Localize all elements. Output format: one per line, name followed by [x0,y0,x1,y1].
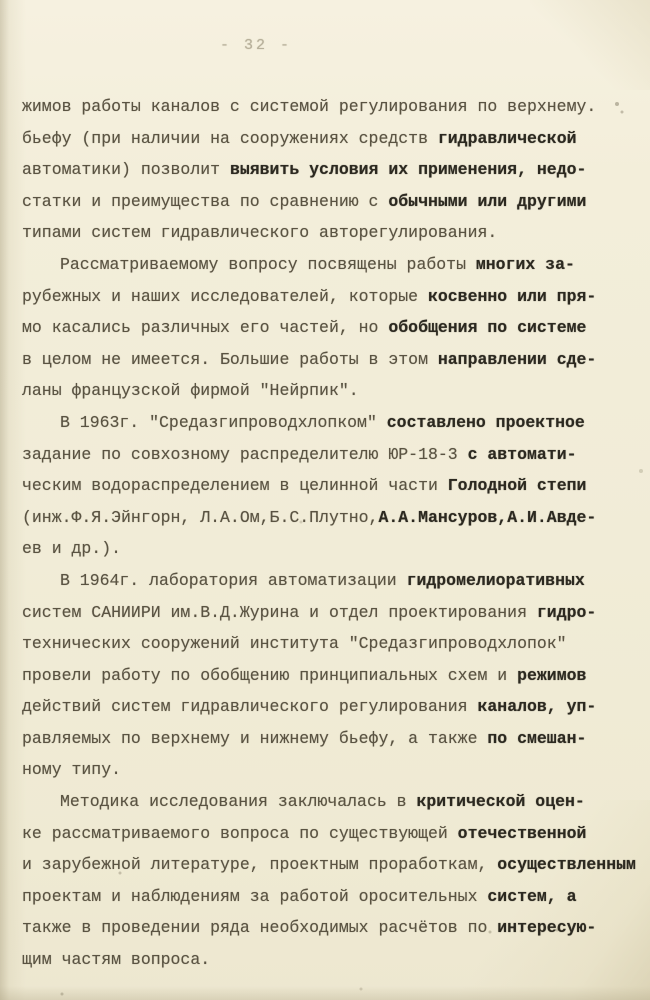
text-line: действий систем гидравлического регулиро… [22,691,636,723]
text-line: (инж.Ф.Я.Эйнгорн, Л.А.Ом,Б.С.Плутно,А.А.… [22,502,636,534]
text-segment-normal: бьефу (при наличии на сооружениях средст… [22,129,438,148]
text-line: Рассматриваемому вопросу посвящены работ… [22,249,636,281]
text-segment-normal: Методика исследования заключалась в [60,792,416,811]
text-segment-bold: по смешан- [487,729,586,748]
text-segment-normal: действий систем гидравлического регулиро… [22,697,477,716]
text-segment-bold: А.А.Мансуров,А.И.Авде- [378,508,596,527]
text-segment-normal: В 1963г. "Средазгипроводхлопком" [60,413,387,432]
text-segment-normal: ческим водораспределением в целинной час… [22,476,448,495]
text-segment-normal: систем САНИИРИ им.В.Д.Журина и отдел про… [22,603,537,622]
text-segment-bold: многих за- [476,255,575,274]
text-segment-normal: щим частям вопроса. [22,950,210,969]
scan-specks [0,0,2,2]
text-segment-normal: также в проведении ряда необходимых расч… [22,918,497,937]
text-segment-normal: (инж.Ф.Я.Эйнгорн, Л.А.Ом,Б.С.Плутно, [22,508,378,527]
text-line: ев и др.). [22,533,636,565]
text-segment-normal: автоматики) позволит [22,160,230,179]
text-segment-normal: ев и др.). [22,539,121,558]
scan-shadow-bottom [0,986,650,1000]
text-segment-normal: статки и преимущества по сравнению с [22,192,388,211]
text-segment-bold: критической оцен- [416,792,584,811]
text-line: систем САНИИРИ им.В.Д.Журина и отдел про… [22,597,636,629]
text-segment-normal: и зарубежной литературе, проектным прора… [22,855,497,874]
text-segment-normal: задание по совхозному распределителю ЮР-… [22,445,468,464]
text-line: Методика исследования заключалась в крит… [22,786,636,818]
text-line: бьефу (при наличии на сооружениях средст… [22,123,636,155]
text-line: щим частям вопроса. [22,944,636,976]
text-line: проектам и наблюдениям за работой оросит… [22,881,636,913]
text-segment-bold: обобщения по системе [388,318,586,337]
text-segment-normal: ке рассматриваемого вопроса по существую… [22,824,458,843]
text-segment-normal: В 1964г. лаборатория автоматизации [60,571,407,590]
text-segment-bold: гидромелиоративных [407,571,585,590]
text-line: в целом не имеется. Большие работы в это… [22,344,636,376]
text-line: провели работу по обобщению принципиальн… [22,660,636,692]
text-line: ланы французской фирмой "Нейрпик". [22,375,636,407]
text-segment-bold: обычными или другими [388,192,586,211]
text-segment-bold: Голодной степи [448,476,587,495]
text-line: ческим водораспределением в целинной час… [22,470,636,502]
typewritten-text-block: жимов работы каналов с системой регулиро… [22,91,636,976]
text-line: В 1964г. лаборатория автоматизации гидро… [22,565,636,597]
text-segment-normal: технических сооружений института "Средаз… [22,634,567,653]
text-line: рубежных и наших исследователей, которые… [22,281,636,313]
text-line: равляемых по верхнему и нижнему бьефу, а… [22,723,636,755]
text-segment-normal: жимов работы каналов с системой регулиро… [22,97,596,116]
text-line: задание по совхозному распределителю ЮР-… [22,439,636,471]
text-segment-bold: гидро- [537,603,596,622]
text-line: также в проведении ряда необходимых расч… [22,912,636,944]
text-line: ке рассматриваемого вопроса по существую… [22,818,636,850]
scanned-document-page: - 32 - жимов работы каналов с системой р… [0,0,650,1000]
text-line: мо касались различных его частей, но обо… [22,312,636,344]
text-segment-normal: Рассматриваемому вопросу посвящены работ… [60,255,476,274]
text-segment-normal: ному типу. [22,760,121,779]
text-segment-normal: ланы французской фирмой "Нейрпик". [22,381,359,400]
text-segment-bold: систем, а [487,887,576,906]
text-segment-normal: в целом не имеется. Большие работы в это… [22,350,438,369]
text-segment-bold: косвенно или пря- [428,287,596,306]
text-segment-normal: рубежных и наших исследователей, которые [22,287,428,306]
text-segment-normal: проектам и наблюдениям за работой оросит… [22,887,487,906]
text-segment-bold: с автомати- [468,445,577,464]
text-line: технических сооружений института "Средаз… [22,628,636,660]
text-segment-bold: выявить условия их применения, недо- [230,160,586,179]
text-segment-bold: отечественной [458,824,587,843]
page-number: - 32 - [198,37,314,54]
scan-shade-top-right [530,0,650,90]
text-segment-bold: направлении сде- [438,350,596,369]
text-segment-bold: составлено проектное [387,413,585,432]
text-segment-normal: типами систем гидравлического авторегули… [22,223,497,242]
text-line: статки и преимущества по сравнению с обы… [22,186,636,218]
text-line: автоматики) позволит выявить условия их … [22,154,636,186]
text-segment-bold: осуществленным [497,855,636,874]
text-line: типами систем гидравлического авторегули… [22,217,636,249]
text-segment-normal: мо касались различных его частей, но [22,318,388,337]
text-line: жимов работы каналов с системой регулиро… [22,91,636,123]
text-segment-bold: режимов [517,666,586,685]
text-segment-bold: интересую- [497,918,596,937]
text-segment-normal: равляемых по верхнему и нижнему бьефу, а… [22,729,487,748]
text-segment-bold: гидравлической [438,129,577,148]
text-line: В 1963г. "Средазгипроводхлопком" составл… [22,407,636,439]
text-segment-normal: провели работу по обобщению принципиальн… [22,666,517,685]
text-segment-bold: каналов, уп- [477,697,596,716]
text-line: ному типу. [22,754,636,786]
text-line: и зарубежной литературе, проектным прора… [22,849,636,881]
